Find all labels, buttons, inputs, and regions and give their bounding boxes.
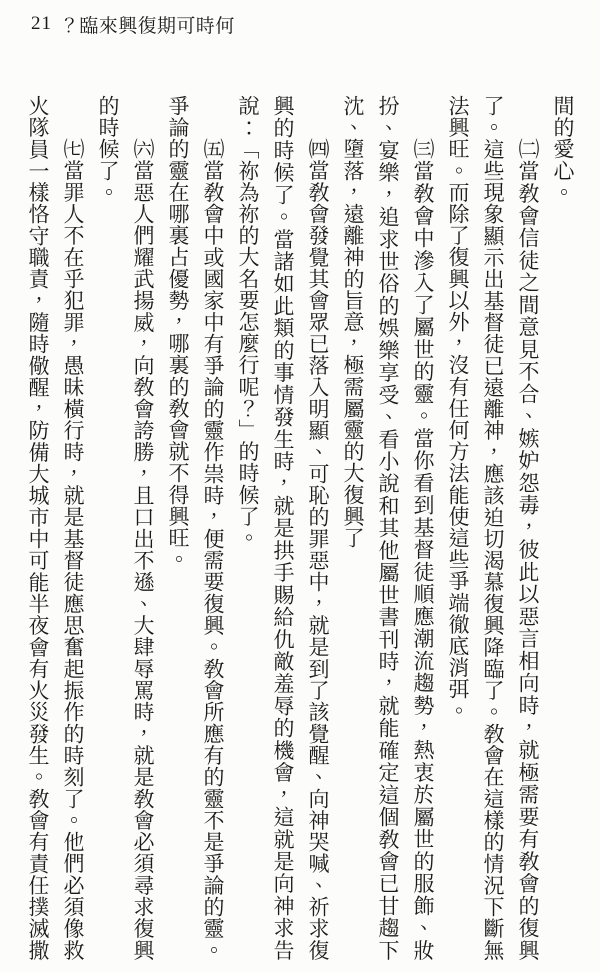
paragraph: ㈥當惡人們耀武揚威，向敎會誇勝，且口出不遜、大肆辱罵時，就是敎會必須尋求復興的時… xyxy=(90,95,160,961)
text-column: ㈣當敎會發覺其會眾已落入明顯、可恥的罪惡中，就是到了該覺醒、向神哭喊、祈求復 xyxy=(300,95,335,961)
text-column: 了。這些現象顯示出基督徒已遠離神，應該迫切渴慕復興降臨了。敎會在這樣的情況下斷無 xyxy=(475,95,510,961)
text-column: 沈、墮落，遠離神的旨意，極需屬靈的大復興了 xyxy=(335,95,370,961)
paragraph: ㈢當敎會中滲入了屬世的靈。當你看到基督徒順應潮流趨勢，熱衷於屬世的服飾、妝扮、宴… xyxy=(335,95,440,961)
text-column: 說：﹁祢為祢的大名要怎麼行呢？﹂的時候了。 xyxy=(230,95,265,961)
text-column: 間的愛心。 xyxy=(545,95,580,961)
text-body: 間的愛心。㈡當敎會信徒之間意見不合、嫉妒怨毒，彼此以惡言相向時，就極需要有敎會的… xyxy=(20,95,580,961)
paragraph: ㈦當罪人不在乎犯罪，愚昧橫行時，就是基督徒應思奮起振作的時刻了。他們必須像救火隊… xyxy=(20,95,90,961)
text-column: 的時候了。 xyxy=(90,95,125,961)
text-column: 扮、宴樂，追求世俗的娛樂享受、看小說和其他屬世書刊時，就能確定這個敎會已甘趨下 xyxy=(370,95,405,961)
paragraph: 間的愛心。 xyxy=(545,95,580,961)
page-number: 21 xyxy=(31,13,52,35)
text-column: ㈥當惡人們耀武揚威，向敎會誇勝，且口出不遜、大肆辱罵時，就是敎會必須尋求復興 xyxy=(125,95,160,961)
paragraph: ㈡當敎會信徒之間意見不合、嫉妒怨毒，彼此以惡言相向時，就極需要有敎會的復興了。這… xyxy=(440,95,545,961)
text-column: 爭論的靈在哪裏占優勢，哪裏的敎會就不得興旺。 xyxy=(160,95,195,961)
book-page: 21 ？臨來興復期可時何 間的愛心。㈡當敎會信徒之間意見不合、嫉妒怨毒，彼此以惡… xyxy=(0,0,600,972)
text-column: ㈡當敎會信徒之間意見不合、嫉妒怨毒，彼此以惡言相向時，就極需要有敎會的復興 xyxy=(510,95,545,961)
paragraph: ㈣當敎會發覺其會眾已落入明顯、可恥的罪惡中，就是到了該覺醒、向神哭喊、祈求復興的… xyxy=(230,95,335,961)
running-title: ？臨來興復期可時何 xyxy=(60,11,235,38)
text-column: 興的時候了。當諸如此類的事情發生時，就是拱手賜給仇敵羞辱的機會，這就是向神求告 xyxy=(265,95,300,961)
text-column: ㈦當罪人不在乎犯罪，愚昧橫行時，就是基督徒應思奮起振作的時刻了。他們必須像救 xyxy=(55,95,90,961)
paragraph: ㈤當敎會中或國家中有爭論的靈作祟時，便需要復興。敎會所應有的靈不是爭論的靈。爭論… xyxy=(160,95,230,961)
text-column: ㈤當敎會中或國家中有爭論的靈作祟時，便需要復興。敎會所應有的靈不是爭論的靈。 xyxy=(195,95,230,961)
text-column: 法興旺。而除了復興以外，沒有任何方法能使這些爭端徹底消弭。 xyxy=(440,95,475,961)
text-column: ㈢當敎會中滲入了屬世的靈。當你看到基督徒順應潮流趨勢，熱衷於屬世的服飾、妝 xyxy=(405,95,440,961)
text-column: 火隊員一樣恪守職責，隨時儆醒，防備大城市中可能半夜會有火災發生。敎會有責任撲滅撒 xyxy=(20,95,55,961)
